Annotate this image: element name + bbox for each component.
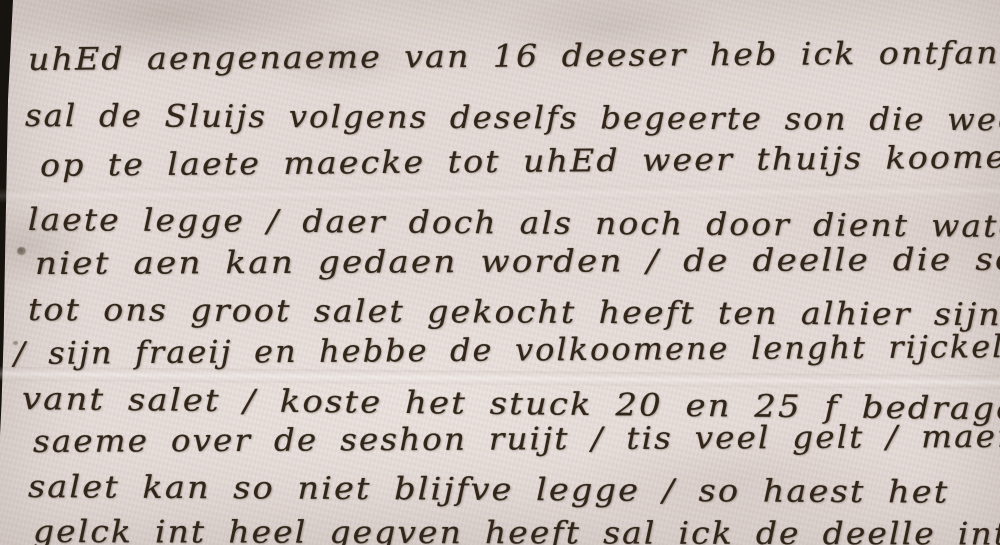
manuscript-line: uhEd aengenaeme van 16 deeser heb ick on…: [28, 34, 1000, 78]
manuscript-line: laete legge / daer doch als noch door di…: [28, 202, 1000, 245]
manuscript-line: gelck int heel gegven heeft sal ick de d…: [33, 514, 1000, 545]
manuscript-line: / sijn fraeij en hebbe de volkoomene len…: [14, 329, 1000, 372]
letter-text: uhEd aengenaeme van 16 deeser heb ick on…: [0, 0, 1000, 545]
manuscript-line: op te laete maecke tot uhEd weer thuijs …: [40, 140, 1000, 184]
manuscript-line: salet kan so niet blijfve legge / so hae…: [28, 469, 950, 511]
manuscript-line: saeme over de seshon ruijt / tis veel ge…: [33, 419, 1000, 460]
manuscript-line: niet aen kan gedaen worden / de deelle d…: [35, 241, 1000, 282]
manuscript-line: sal de Sluijs volgens deselfs begeerte s…: [25, 98, 1000, 138]
manuscript-photo: uhEd aengenaeme van 16 deeser heb ick on…: [0, 0, 1000, 545]
manuscript-line: tot ons groot salet gekocht heeft ten al…: [28, 292, 1000, 333]
